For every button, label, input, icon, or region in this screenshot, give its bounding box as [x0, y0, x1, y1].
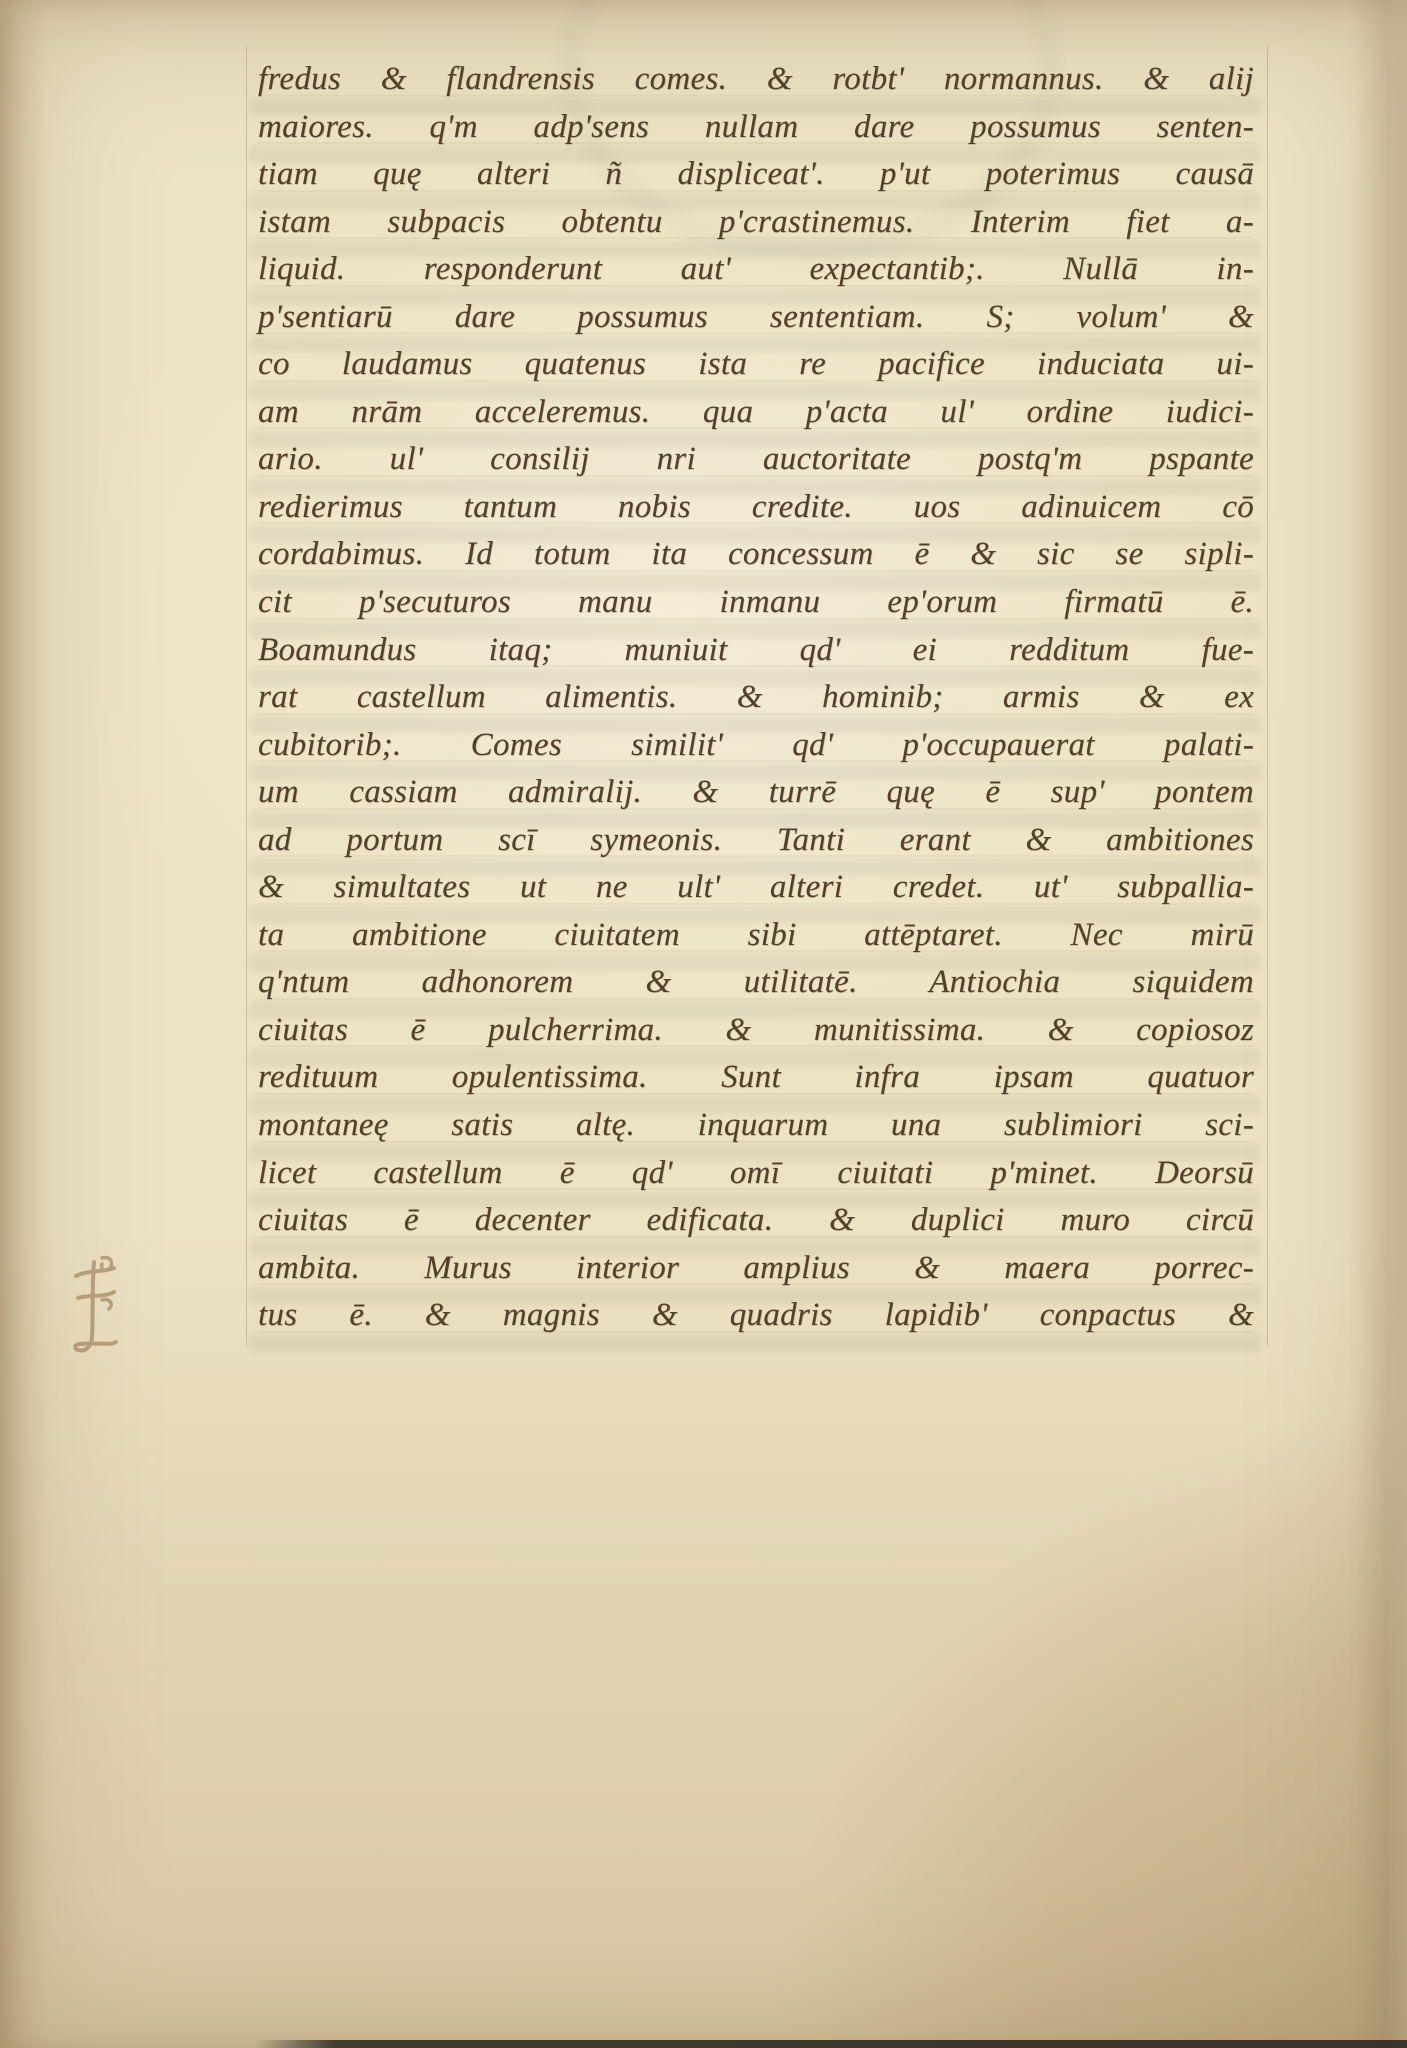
manuscript-line: ario. ul' consilij nri auctoritate postq…	[258, 436, 1254, 484]
manuscript-line: ta ambitione ciuitatem sibi attēptaret. …	[258, 912, 1254, 960]
manuscript-line: cit p'secuturos manu inmanu ep'orum firm…	[258, 579, 1254, 627]
manuscript-line: rat castellum alimentis. & hominib; armi…	[258, 674, 1254, 722]
manuscript-line: p'sentiarū dare possumus sententiam. S; …	[258, 294, 1254, 342]
manuscript-line: tiam quę alteri ñ displiceat'. p'ut pote…	[258, 151, 1254, 199]
manuscript-line: istam subpacis obtentu p'crastinemus. In…	[258, 199, 1254, 247]
manuscript-text-block: fredus & flandrensis comes. & rotbt' nor…	[258, 56, 1254, 1340]
manuscript-line: um cassiam admiralij. & turrē quę ē sup'…	[258, 769, 1254, 817]
manuscript-line: & simultates ut ne ult' alteri credet. u…	[258, 864, 1254, 912]
manuscript-line: licet castellum ē qd' omī ciuitati p'min…	[258, 1150, 1254, 1198]
manuscript-line: redierimus tantum nobis credite. uos adi…	[258, 484, 1254, 532]
manuscript-line: ciuitas ē pulcherrima. & munitissima. & …	[258, 1007, 1254, 1055]
manuscript-line: Boamundus itaq; muniuit qd' ei redditum …	[258, 627, 1254, 675]
manuscript-line: cordabimus. Id totum ita concessum ē & s…	[258, 531, 1254, 579]
manuscript-line: montaneę satis altę. inquarum una sublim…	[258, 1102, 1254, 1150]
page-edge-shading	[1355, 0, 1407, 2048]
manuscript-line: fredus & flandrensis comes. & rotbt' nor…	[258, 56, 1254, 104]
manuscript-line: ciuitas ē decenter edificata. & duplici …	[258, 1197, 1254, 1245]
manuscript-line: am nrām acceleremus. qua p'acta ul' ordi…	[258, 389, 1254, 437]
margin-monogram-icon	[66, 1246, 124, 1362]
manuscript-line: liquid. responderunt aut' expectantib;. …	[258, 246, 1254, 294]
manuscript-line: q'ntum adhonorem & utilitatē. Antiochia …	[258, 959, 1254, 1007]
manuscript-line: redituum opulentissima. Sunt infra ipsam…	[258, 1054, 1254, 1102]
manuscript-line: maiores. q'm adp'sens nullam dare possum…	[258, 104, 1254, 152]
manuscript-line: ad portum scī symeonis. Tanti erant & am…	[258, 817, 1254, 865]
scan-edge	[255, 2040, 1407, 2048]
manuscript-line: tus ē. & magnis & quadris lapidib' conpa…	[258, 1292, 1254, 1340]
manuscript-line: cubitorib;. Comes similit' qd' p'occupau…	[258, 722, 1254, 770]
manuscript-line: ambita. Murus interior amplius & maera p…	[258, 1245, 1254, 1293]
manuscript-page: fredus & flandrensis comes. & rotbt' nor…	[0, 0, 1407, 2048]
manuscript-line: co laudamus quatenus ista re pacifice in…	[258, 341, 1254, 389]
